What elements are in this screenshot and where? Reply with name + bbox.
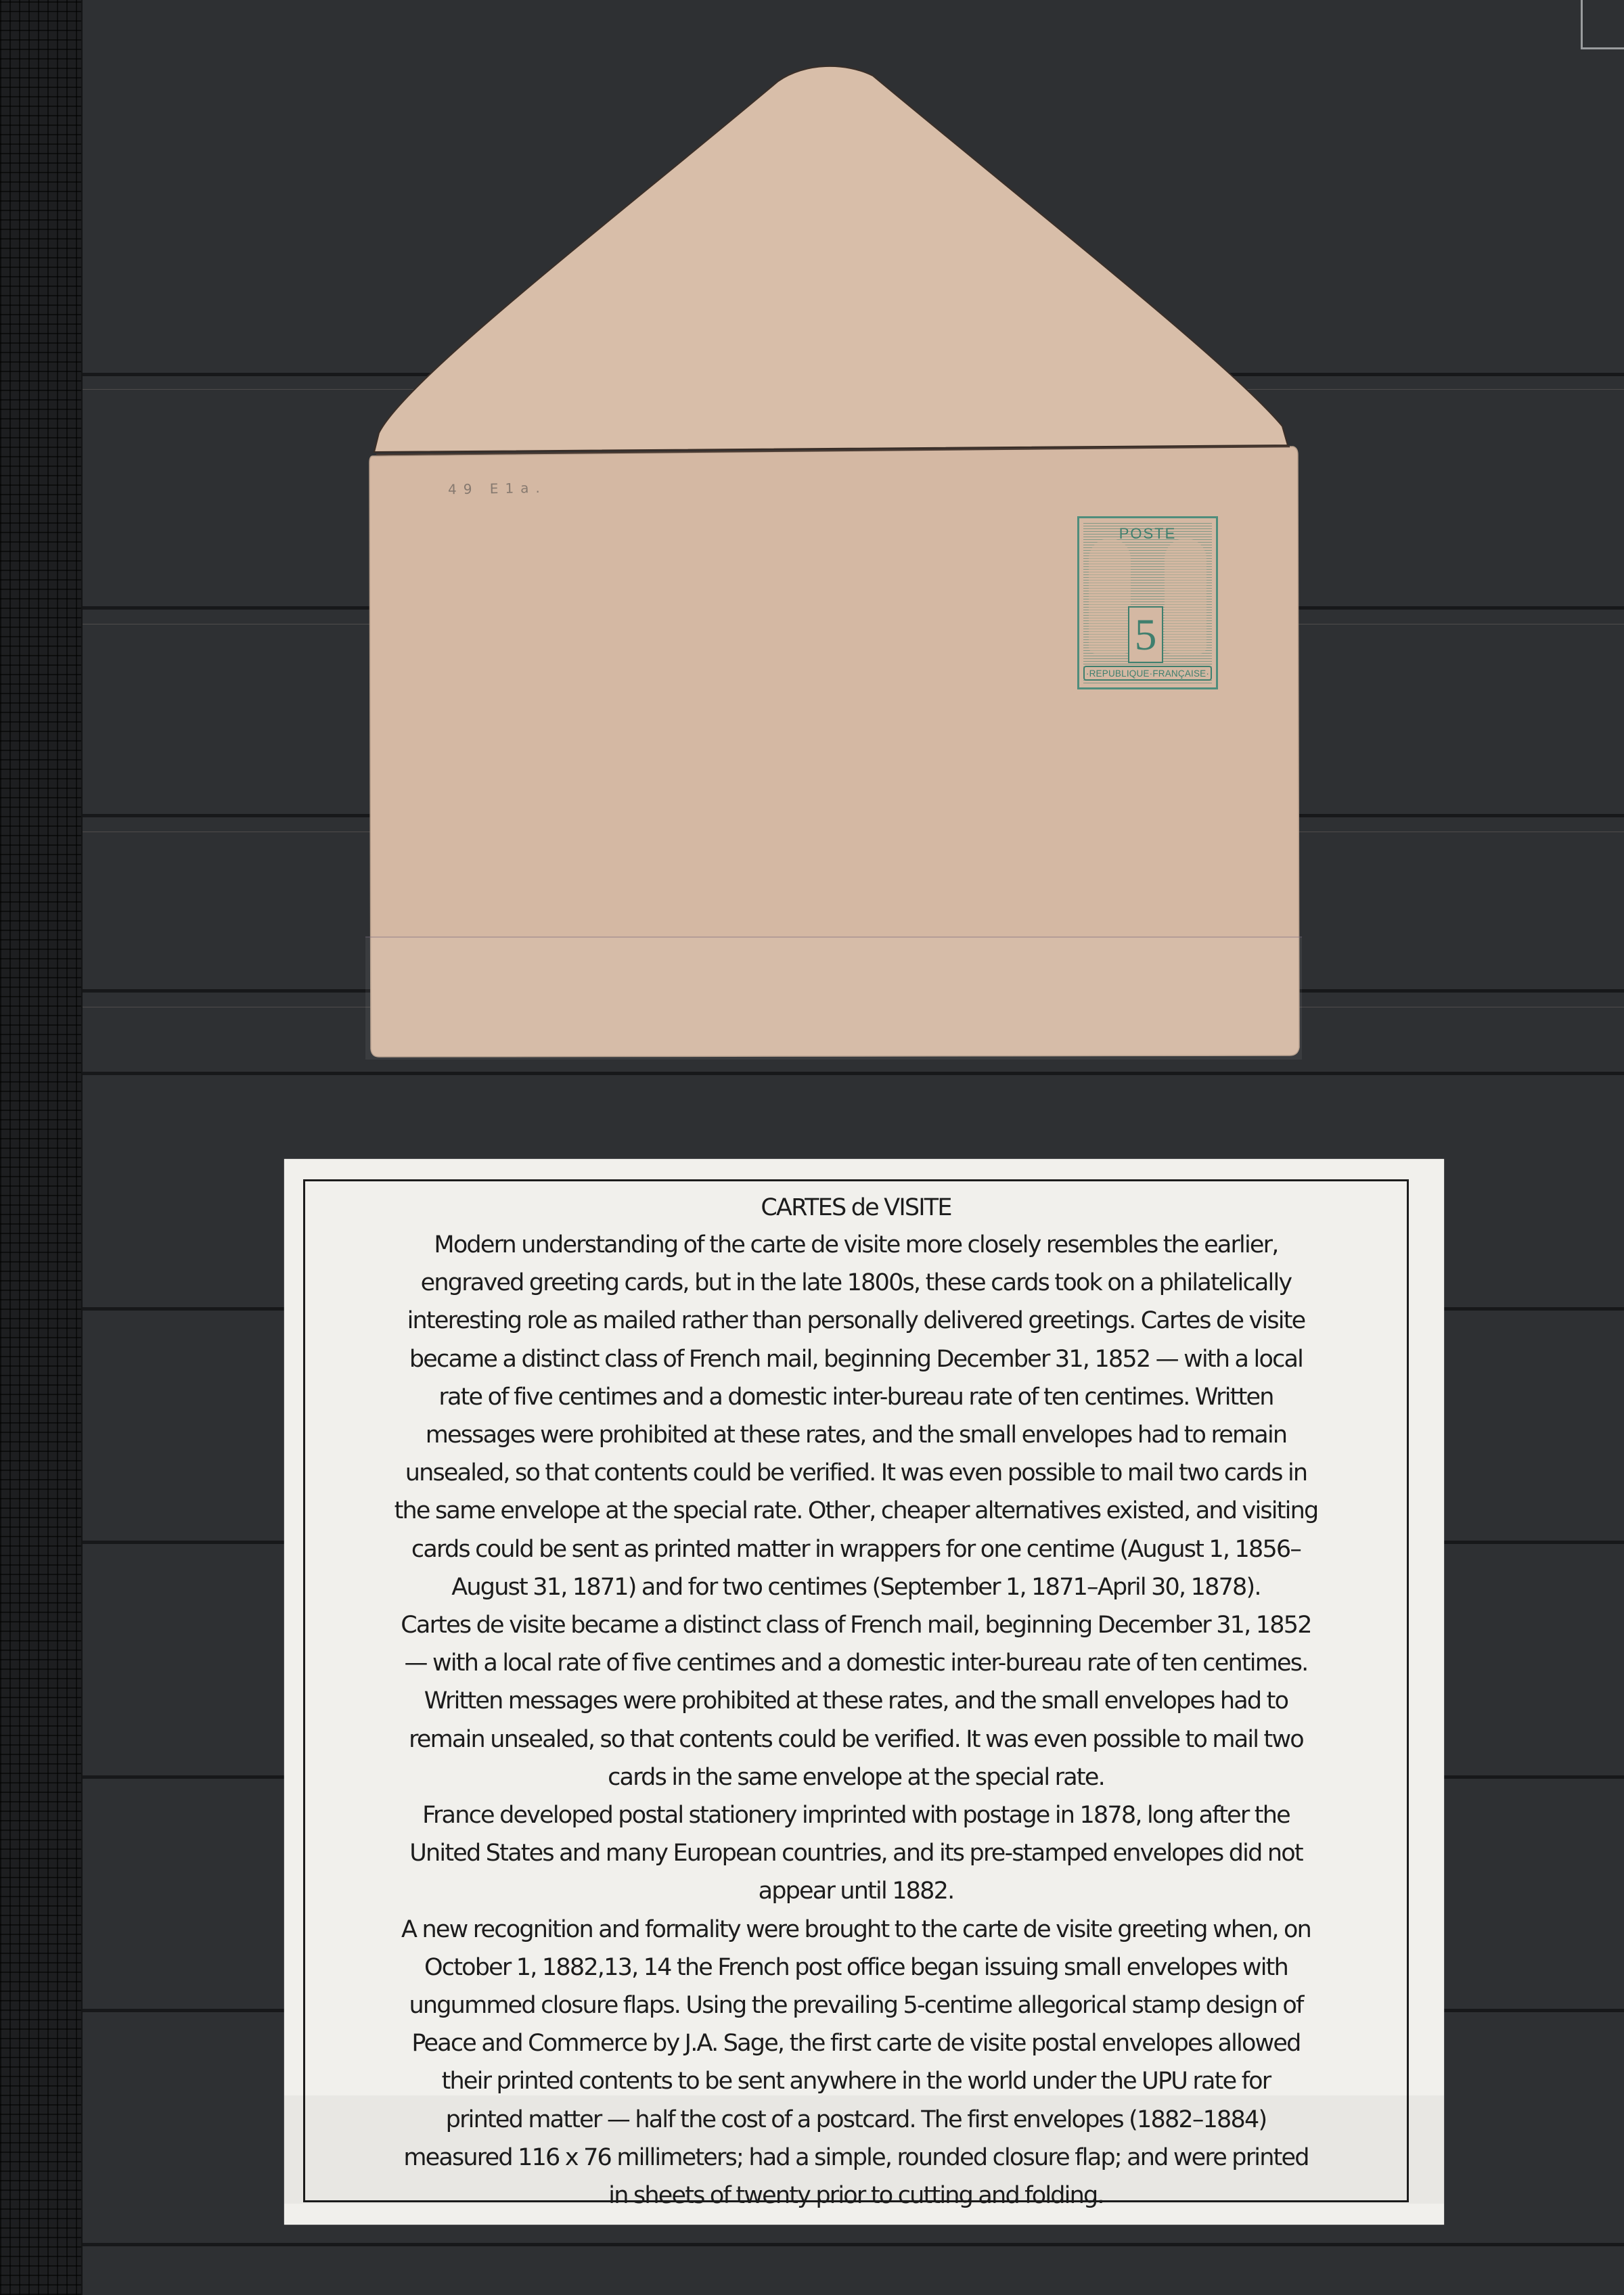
card-text-line: Cartes de visite became a distinct class… bbox=[315, 1606, 1397, 1644]
card-text-line: — with a local rate of five centimes and… bbox=[315, 1644, 1397, 1682]
card-text-line: A new recognition and formality were bro… bbox=[315, 1911, 1397, 1949]
card-text-line: August 31, 1871) and for two centimes (S… bbox=[315, 1568, 1397, 1606]
stamp-denomination: 5 bbox=[1128, 606, 1163, 663]
mount-strip-line bbox=[83, 2243, 1624, 2246]
card-text-line: ungummed closure flaps. Using the prevai… bbox=[315, 1986, 1397, 2024]
mount-strip-overlay bbox=[365, 936, 1302, 1060]
description-card: CARTES de VISITE Modern understanding of… bbox=[284, 1159, 1444, 2225]
card-text-line: interesting role as mailed rather than p… bbox=[315, 1302, 1397, 1340]
stamp-country-legend: ·REPUBLIQUE·FRANÇAISE· bbox=[1083, 666, 1212, 681]
card-text-line: remain unsealed, so that contents could … bbox=[315, 1721, 1397, 1758]
pencil-catalog-note: 49 E1a. bbox=[448, 480, 547, 498]
card-text-line: unsealed, so that contents could be veri… bbox=[315, 1454, 1397, 1492]
card-text-line: cards in the same envelope at the specia… bbox=[315, 1758, 1397, 1796]
imprinted-stamp: POSTE 5 ·REPUBLIQUE·FRANÇAISE· bbox=[1077, 516, 1218, 689]
card-text-line: became a distinct class of French mail, … bbox=[315, 1340, 1397, 1378]
card-text-line: Written messages were prohibited at thes… bbox=[315, 1682, 1397, 1720]
card-text-line: October 1, 1882,13, 14 the French post o… bbox=[315, 1949, 1397, 1986]
card-text-line: messages were prohibited at these rates,… bbox=[315, 1416, 1397, 1454]
card-border-frame: CARTES de VISITE Modern understanding of… bbox=[303, 1179, 1409, 2202]
card-text-line: Peace and Commerce by J.A. Sage, the fir… bbox=[315, 2024, 1397, 2062]
card-text-line: the same envelope at the special rate. O… bbox=[315, 1492, 1397, 1530]
mount-strip-overlay bbox=[284, 2095, 1444, 2204]
card-text-line: France developed postal stationery impri… bbox=[315, 1796, 1397, 1834]
card-text-block: CARTES de VISITE Modern understanding of… bbox=[315, 1191, 1397, 2214]
card-text-line: engraved greeting cards, but in the late… bbox=[315, 1264, 1397, 1302]
card-text-line: Modern understanding of the carte de vis… bbox=[315, 1226, 1397, 1264]
stamp-figure-peace bbox=[1089, 539, 1131, 654]
card-text-line: appear until 1882. bbox=[315, 1872, 1397, 1910]
card-text-line: rate of five centimes and a domestic int… bbox=[315, 1378, 1397, 1416]
stamp-figure-commerce bbox=[1165, 539, 1206, 654]
card-text-line: United States and many European countrie… bbox=[315, 1834, 1397, 1872]
postal-envelope[interactable]: 49 E1a. POSTE 5 ·REPUBLIQUE·FRANÇAISE· bbox=[0, 0, 1624, 1150]
stamp-top-label: POSTE bbox=[1079, 525, 1216, 543]
card-text-line: cards could be sent as printed matter in… bbox=[315, 1530, 1397, 1568]
card-title: CARTES de VISITE bbox=[315, 1191, 1397, 1225]
